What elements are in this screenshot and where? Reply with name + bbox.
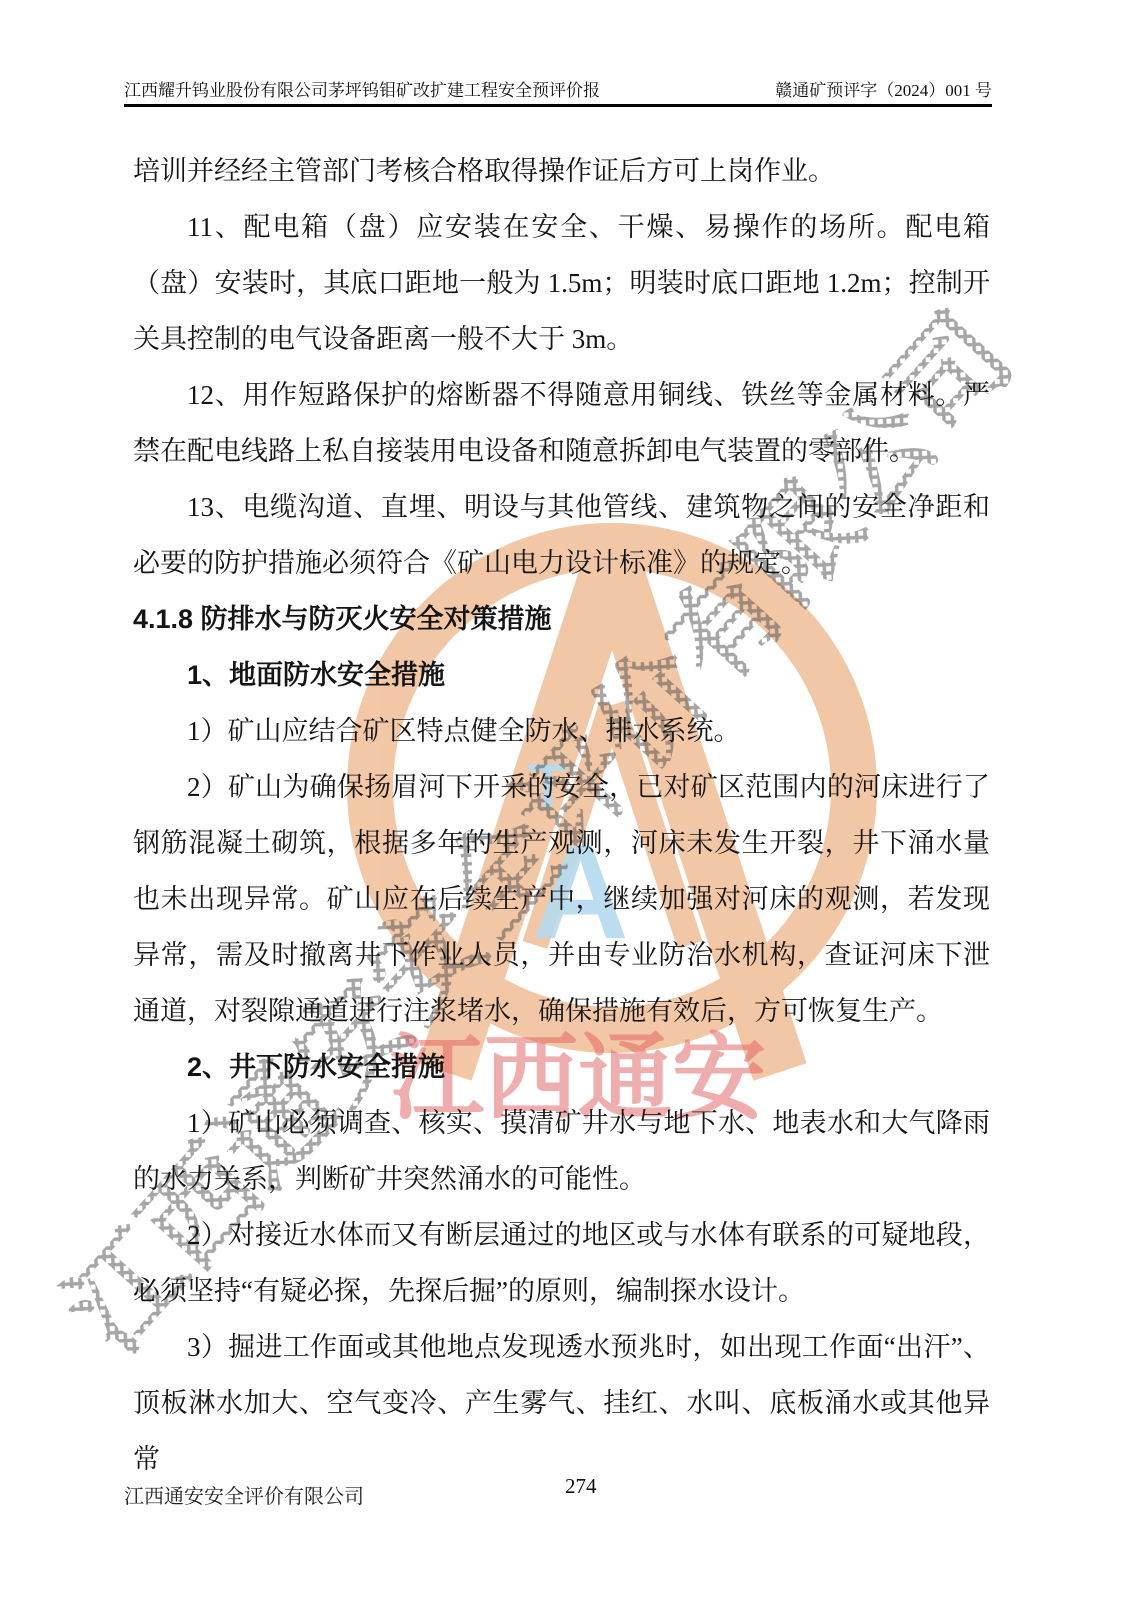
header-doc-title: 江西耀升钨业股份有限公司茅坪钨钼矿改扩建工程安全预评价报 xyxy=(124,76,600,101)
section-heading-4-1-8: 4.1.8 防排水与防灭火安全对策措施 xyxy=(133,591,990,647)
paragraph-continuation: 培训并经经主管部门考核合格取得操作证后方可上岗作业。 xyxy=(133,143,990,199)
paragraph-item-3b: 3）掘进工作面或其他地点发现透水预兆时，如出现工作面“出汗”、顶板淋水加大、空气… xyxy=(133,1319,990,1487)
paragraph-item-2: 2）矿山为确保扬眉河下开采的安全，已对矿区范围内的河床进行了钢筋混凝土砌筑，根据… xyxy=(133,759,990,1039)
paragraph-13: 13、电缆沟道、直埋、明设与其他管线、建筑物之间的安全净距和必要的防护措施必须符… xyxy=(133,479,990,591)
paragraph-12: 12、用作短路保护的熔断器不得随意用铜线、铁丝等金属材料。严禁在配电线路上私自接… xyxy=(133,367,990,479)
document-body: 培训并经经主管部门考核合格取得操作证后方可上岗作业。 11、配电箱（盘）应安装在… xyxy=(133,143,990,1487)
header-doc-number: 赣通矿预评字（2024）001 号 xyxy=(775,76,992,101)
page-header: 江西耀升钨业股份有限公司茅坪钨钼矿改扩建工程安全预评价报 赣通矿预评字（2024… xyxy=(124,76,992,101)
paragraph-item-1: 1）矿山应结合矿区特点健全防水、排水系统。 xyxy=(133,703,990,759)
page-footer: 江西通安安全评价有限公司 274 xyxy=(124,1474,1007,1514)
paragraph-item-2b: 2）对接近水体而又有断层通过的地区或与水体有联系的可疑地段，必须坚持“有疑必探，… xyxy=(133,1207,990,1319)
header-rule xyxy=(124,104,992,107)
paragraph-item-1b: 1）矿山必须调查、核实、摸清矿井水与地下水、地表水和大气降雨的水力关系，判断矿井… xyxy=(133,1095,990,1207)
paragraph-11: 11、配电箱（盘）应安装在安全、干燥、易操作的场所。配电箱（盘）安装时，其底口距… xyxy=(133,199,990,367)
subheading-ground-waterproofing: 1、地面防水安全措施 xyxy=(133,647,990,703)
subheading-underground-waterproofing: 2、井下防水安全措施 xyxy=(133,1039,990,1095)
document-page: T A 江西通安安全评价有限公司 江西通安 江西耀升钨业股份有限公司茅坪钨钼矿改… xyxy=(0,0,1131,1600)
footer-page-number: 274 xyxy=(565,1474,597,1499)
footer-company: 江西通安安全评价有限公司 xyxy=(124,1480,364,1509)
